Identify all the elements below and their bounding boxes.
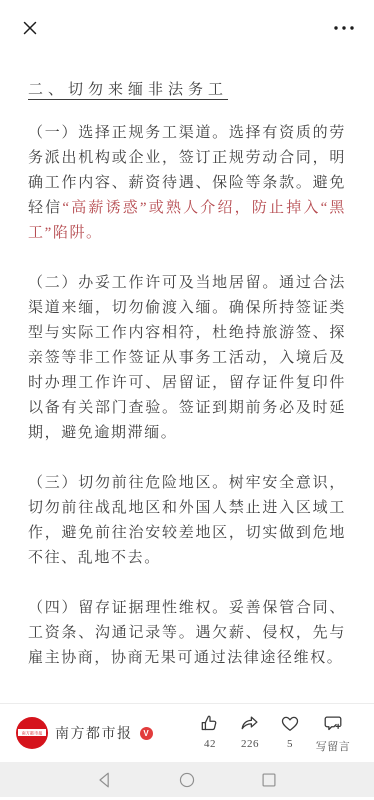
action-bar: 南方都市报 南方都市报 V 42	[0, 703, 374, 762]
share-button[interactable]: 226	[230, 713, 270, 750]
favorite-button[interactable]: 5	[270, 713, 310, 750]
account-name: 南方都市报	[55, 723, 133, 743]
recents-square-icon	[259, 770, 279, 790]
close-button[interactable]	[14, 12, 46, 44]
publisher-logo-band: 南方都市报	[18, 729, 46, 736]
action-buttons: 42 226 5	[190, 713, 356, 754]
android-navbar	[0, 762, 374, 800]
nav-recents-button[interactable]	[257, 768, 281, 792]
share-count: 226	[241, 738, 259, 750]
section-heading: 二、切勿来缅非法务工	[28, 78, 346, 99]
nav-back-button[interactable]	[93, 768, 117, 792]
comment-bubble-icon	[322, 713, 344, 735]
like-button[interactable]: 42	[190, 713, 230, 750]
article-paragraph-3: （三）切勿前往危险地区。树牢安全意识，切勿前往战乱地区和外国人禁止进入区域工作，…	[28, 471, 346, 571]
app-screen: 二、切勿来缅非法务工 （一）选择正规务工渠道。选择有资质的劳务派出机构或企业，签…	[0, 0, 374, 800]
more-icon	[332, 24, 356, 32]
article-header	[0, 0, 374, 56]
article-paragraph-1: （一）选择正规务工渠道。选择有资质的劳务派出机构或企业，签订正规劳动合同，明确工…	[28, 121, 346, 246]
more-options-button[interactable]	[328, 12, 360, 44]
back-triangle-icon	[95, 770, 115, 790]
thumb-up-icon	[199, 713, 221, 735]
home-circle-icon	[177, 770, 197, 790]
share-arrow-icon	[239, 713, 261, 735]
publisher-logo-icon: 南方都市报	[16, 717, 48, 749]
highlighted-text: “高薪诱惑”或熟人介绍，防止掉入“黑工”陷阱。	[28, 200, 346, 241]
nav-home-button[interactable]	[175, 768, 199, 792]
close-icon	[21, 19, 39, 37]
comment-label: 写留言	[316, 738, 351, 754]
publisher-logo-text: 南方都市报	[22, 729, 43, 735]
article-paragraph-2: （二）办妥工作许可及当地居留。通过合法渠道来缅，切勿偷渡入缅。确保所持签证类型与…	[28, 271, 346, 446]
verified-badge-icon: V	[140, 727, 153, 740]
account-info[interactable]: 南方都市报 南方都市报 V	[16, 717, 153, 749]
heart-icon	[279, 713, 301, 735]
article-paragraph-4: （四）留存证据理性维权。妥善保管合同、工资条、沟通记录等。遇欠薪、侵权，先与雇主…	[28, 596, 346, 671]
comment-button[interactable]: 写留言	[310, 713, 356, 754]
favorite-count: 5	[287, 738, 293, 750]
like-count: 42	[204, 738, 216, 750]
article-content[interactable]: 二、切勿来缅非法务工 （一）选择正规务工渠道。选择有资质的劳务派出机构或企业，签…	[0, 56, 374, 703]
